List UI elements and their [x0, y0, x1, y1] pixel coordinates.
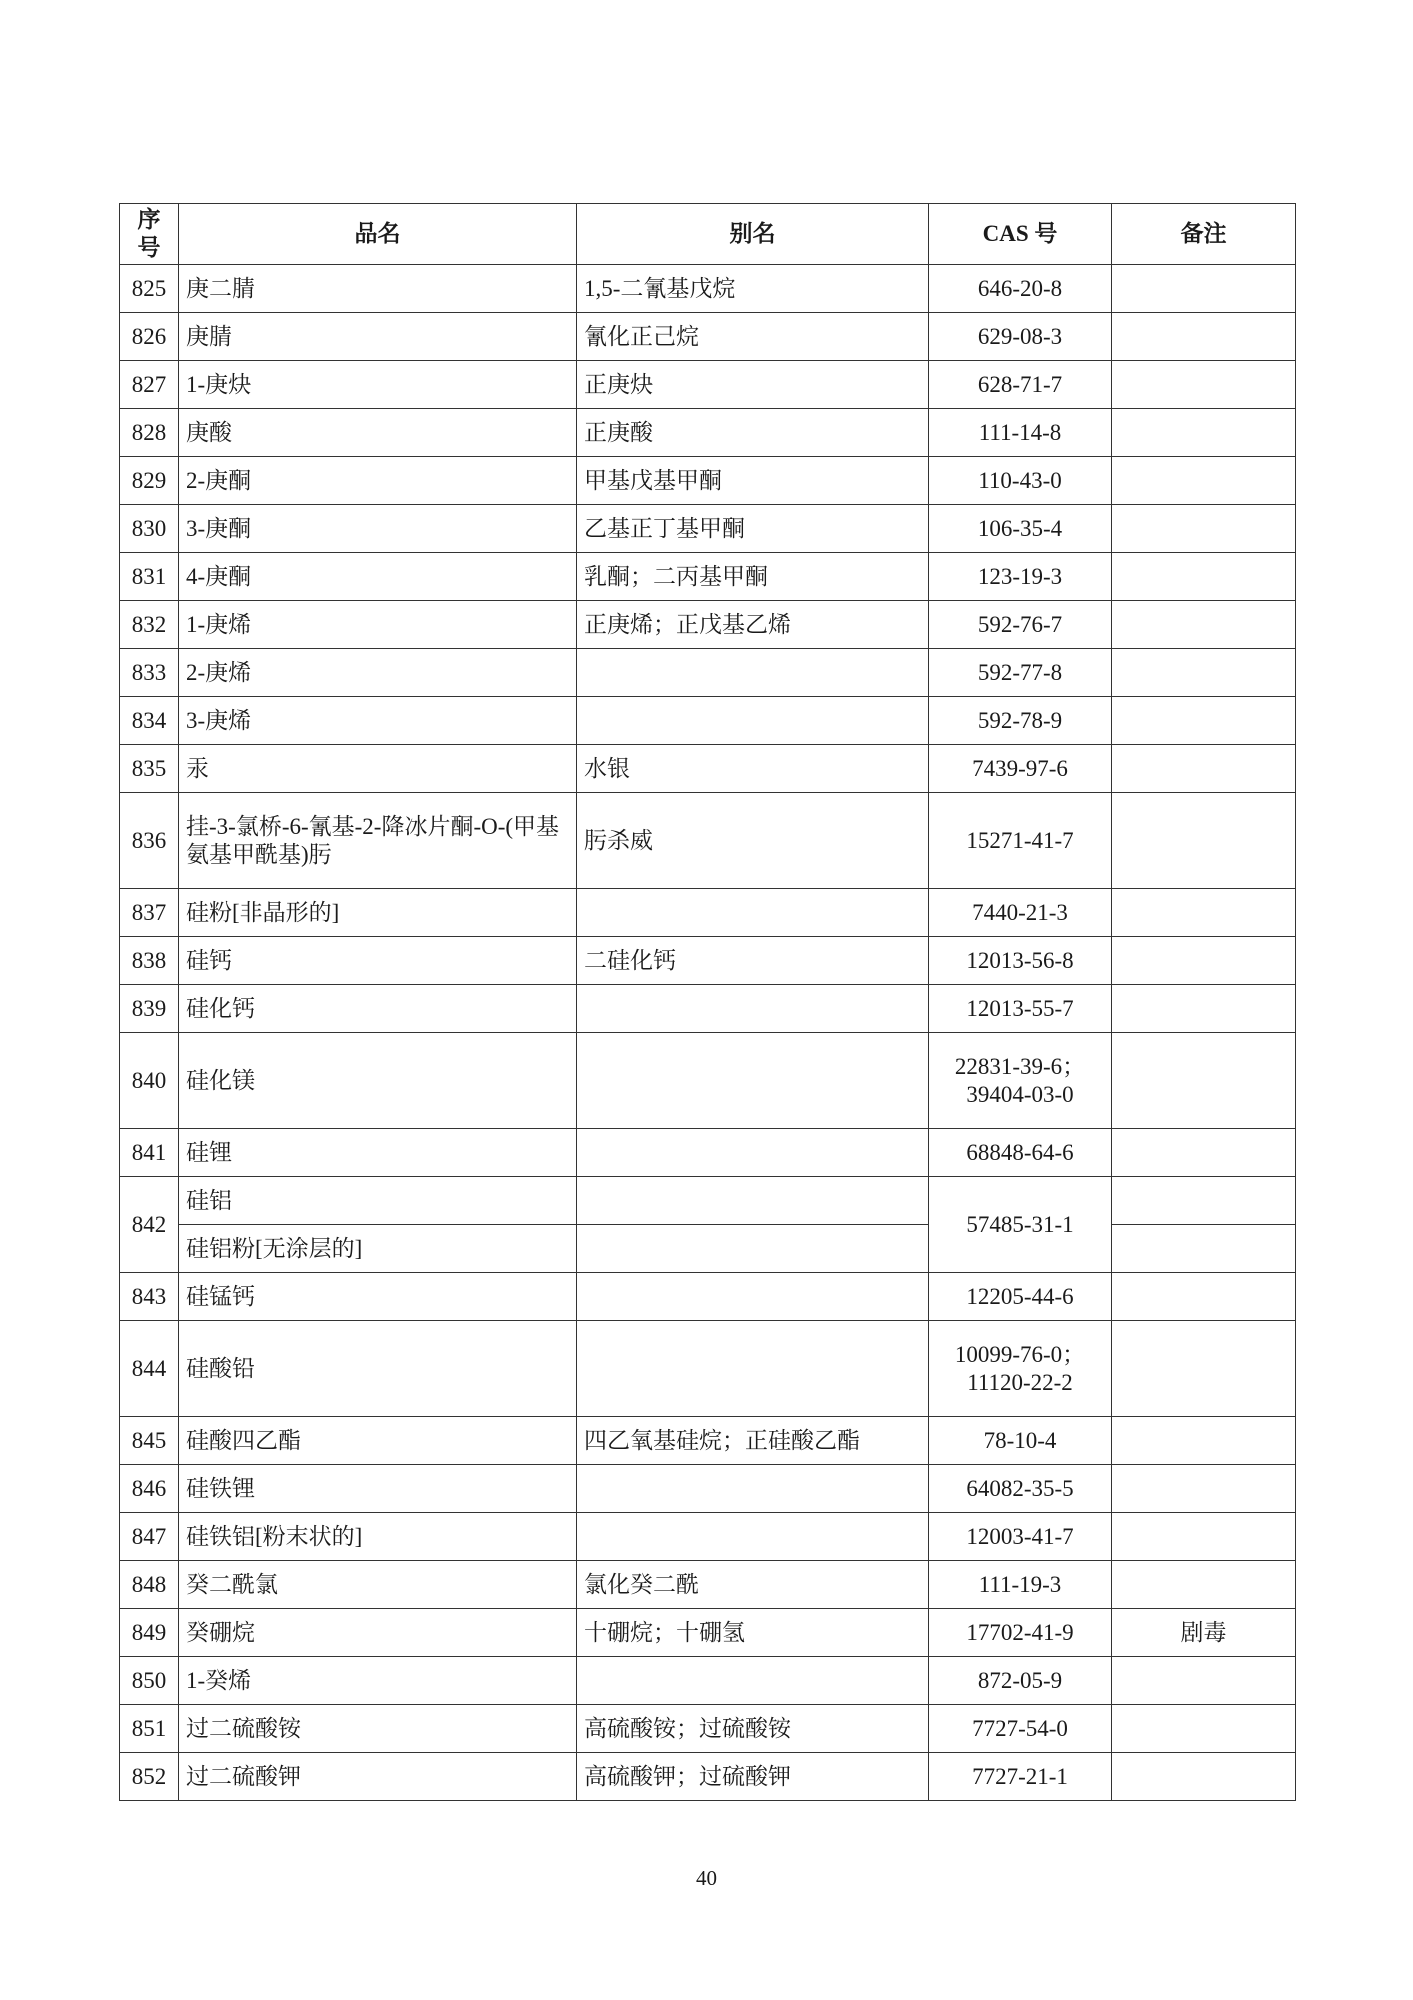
table-row: 8332-庚烯592-77-8 [120, 649, 1296, 697]
cell-no: 851 [120, 1705, 179, 1753]
cell-note [1112, 985, 1296, 1033]
table-row: 828庚酸正庚酸111-14-8 [120, 409, 1296, 457]
cell-name: 硅锰钙 [179, 1273, 577, 1321]
cell-alias: 正庚烯；正戊基乙烯 [577, 601, 929, 649]
cell-note [1112, 1753, 1296, 1801]
cell-note [1112, 1033, 1296, 1129]
cell-no: 843 [120, 1273, 179, 1321]
cell-no: 838 [120, 937, 179, 985]
cell-no: 841 [120, 1129, 179, 1177]
cell-note [1112, 1129, 1296, 1177]
header-no: 序号 [120, 204, 179, 265]
cell-cas: 64082-35-5 [929, 1465, 1112, 1513]
cell-name: 庚腈 [179, 313, 577, 361]
cell-alias: 四乙氧基硅烷；正硅酸乙酯 [577, 1417, 929, 1465]
cell-no: 825 [120, 265, 179, 313]
cell-cas: 10099-76-0；11120-22-2 [929, 1321, 1112, 1417]
cell-name: 硅化钙 [179, 985, 577, 1033]
cell-name: 1-癸烯 [179, 1657, 577, 1705]
cell-cas: 872-05-9 [929, 1657, 1112, 1705]
table-row: 8271-庚炔正庚炔628-71-7 [120, 361, 1296, 409]
cas-line-1: 22831-39-6； [936, 1053, 1104, 1081]
cell-name: 硅化镁 [179, 1033, 577, 1129]
cell-name: 硅铁铝[粉末状的] [179, 1513, 577, 1561]
cell-no: 827 [120, 361, 179, 409]
cell-cas: 7440-21-3 [929, 889, 1112, 937]
cell-alias [577, 1129, 929, 1177]
cell-note [1112, 649, 1296, 697]
cell-alias: 甲基戊基甲酮 [577, 457, 929, 505]
cell-cas: 57485-31-1 [929, 1177, 1112, 1273]
cell-alias: 水银 [577, 745, 929, 793]
cell-note [1112, 1657, 1296, 1705]
cell-note: 剧毒 [1112, 1609, 1296, 1657]
table-row: 846硅铁锂64082-35-5 [120, 1465, 1296, 1513]
table-row: 844硅酸铅10099-76-0；11120-22-2 [120, 1321, 1296, 1417]
cell-name: 3-庚酮 [179, 505, 577, 553]
cell-cas: 111-19-3 [929, 1561, 1112, 1609]
cell-no: 840 [120, 1033, 179, 1129]
cell-name: 挂-3-氯桥-6-氰基-2-降冰片酮-O-(甲基氨基甲酰基)肟 [179, 793, 577, 889]
document-page: 序号 品名 别名 CAS 号 备注 825庚二腈1,5-二氰基戊烷646-20-… [0, 0, 1413, 2000]
cell-cas: 110-43-0 [929, 457, 1112, 505]
table-row: 825庚二腈1,5-二氰基戊烷646-20-8 [120, 265, 1296, 313]
cell-name: 硅铁锂 [179, 1465, 577, 1513]
cell-note [1112, 1273, 1296, 1321]
table-row: 845硅酸四乙酯四乙氧基硅烷；正硅酸乙酯78-10-4 [120, 1417, 1296, 1465]
cell-alias [577, 985, 929, 1033]
cell-cas: 592-76-7 [929, 601, 1112, 649]
cell-note [1112, 313, 1296, 361]
cell-alias: 1,5-二氰基戊烷 [577, 265, 929, 313]
cell-no: 834 [120, 697, 179, 745]
cell-name: 硅酸四乙酯 [179, 1417, 577, 1465]
cell-alias [577, 889, 929, 937]
cell-alias: 高硫酸铵；过硫酸铵 [577, 1705, 929, 1753]
cell-note [1112, 1513, 1296, 1561]
cell-alias [577, 1273, 929, 1321]
table-row: 838硅钙二硅化钙12013-56-8 [120, 937, 1296, 985]
table-row: 826庚腈氰化正己烷629-08-3 [120, 313, 1296, 361]
cell-note [1112, 937, 1296, 985]
chemical-table: 序号 品名 别名 CAS 号 备注 825庚二腈1,5-二氰基戊烷646-20-… [119, 203, 1296, 1801]
cell-name: 硅酸铅 [179, 1321, 577, 1417]
cell-note [1112, 1417, 1296, 1465]
cell-cas: 123-19-3 [929, 553, 1112, 601]
table-row: 851过二硫酸铵高硫酸铵；过硫酸铵7727-54-0 [120, 1705, 1296, 1753]
header-alias: 别名 [577, 204, 929, 265]
cell-alias: 高硫酸钾；过硫酸钾 [577, 1753, 929, 1801]
cell-cas: 12205-44-6 [929, 1273, 1112, 1321]
cell-no: 845 [120, 1417, 179, 1465]
cas-line-2: 39404-03-0 [936, 1081, 1104, 1109]
cell-name: 2-庚酮 [179, 457, 577, 505]
cell-no: 848 [120, 1561, 179, 1609]
cell-no: 852 [120, 1753, 179, 1801]
cell-no: 835 [120, 745, 179, 793]
cell-alias: 二硅化钙 [577, 937, 929, 985]
cell-name: 硅钙 [179, 937, 577, 985]
cell-cas: 111-14-8 [929, 409, 1112, 457]
cell-note [1112, 1321, 1296, 1417]
cell-name: 过二硫酸铵 [179, 1705, 577, 1753]
cell-cas: 78-10-4 [929, 1417, 1112, 1465]
table-row: 842硅铝57485-31-1 [120, 1177, 1296, 1225]
cell-alias: 氰化正己烷 [577, 313, 929, 361]
cell-name: 癸二酰氯 [179, 1561, 577, 1609]
table-row: 849癸硼烷十硼烷；十硼氢17702-41-9剧毒 [120, 1609, 1296, 1657]
table-row: 8292-庚酮甲基戊基甲酮110-43-0 [120, 457, 1296, 505]
cell-cas: 7727-54-0 [929, 1705, 1112, 1753]
cell-no: 846 [120, 1465, 179, 1513]
cell-alias [577, 1513, 929, 1561]
cas-line-1: 10099-76-0； [936, 1341, 1104, 1369]
cell-cas: 592-77-8 [929, 649, 1112, 697]
cell-name: 硅粉[非晶形的] [179, 889, 577, 937]
cell-no: 829 [120, 457, 179, 505]
cell-no: 839 [120, 985, 179, 1033]
cell-alias [577, 1321, 929, 1417]
cell-no: 844 [120, 1321, 179, 1417]
cell-note [1112, 361, 1296, 409]
cell-name: 庚酸 [179, 409, 577, 457]
cell-alias: 正庚酸 [577, 409, 929, 457]
cell-no: 832 [120, 601, 179, 649]
cell-cas: 12003-41-7 [929, 1513, 1112, 1561]
cell-name: 4-庚酮 [179, 553, 577, 601]
cell-alias [577, 1225, 929, 1273]
cell-cas: 12013-55-7 [929, 985, 1112, 1033]
cell-no: 842 [120, 1177, 179, 1273]
cell-alias: 乙基正丁基甲酮 [577, 505, 929, 553]
table-header-row: 序号 品名 别名 CAS 号 备注 [120, 204, 1296, 265]
cell-name: 庚二腈 [179, 265, 577, 313]
cell-name: 1-庚炔 [179, 361, 577, 409]
table-row: 841硅锂68848-64-6 [120, 1129, 1296, 1177]
cell-note [1112, 409, 1296, 457]
cell-note [1112, 697, 1296, 745]
cell-name: 过二硫酸钾 [179, 1753, 577, 1801]
cell-note [1112, 1177, 1296, 1225]
cell-cas: 7727-21-1 [929, 1753, 1112, 1801]
cell-name: 2-庚烯 [179, 649, 577, 697]
cas-line-2: 11120-22-2 [936, 1369, 1104, 1397]
table-row: 8343-庚烯592-78-9 [120, 697, 1296, 745]
header-name: 品名 [179, 204, 577, 265]
header-cas: CAS 号 [929, 204, 1112, 265]
cell-name: 硅锂 [179, 1129, 577, 1177]
cell-no: 828 [120, 409, 179, 457]
cell-note [1112, 793, 1296, 889]
cell-no: 836 [120, 793, 179, 889]
cell-no: 849 [120, 1609, 179, 1657]
cell-name: 硅铝 [179, 1177, 577, 1225]
cell-note [1112, 505, 1296, 553]
cell-cas: 68848-64-6 [929, 1129, 1112, 1177]
table-row: 835汞水银7439-97-6 [120, 745, 1296, 793]
table-row: 8501-癸烯872-05-9 [120, 1657, 1296, 1705]
cell-note [1112, 601, 1296, 649]
table-row: 8321-庚烯正庚烯；正戊基乙烯592-76-7 [120, 601, 1296, 649]
cell-note [1112, 457, 1296, 505]
cell-alias [577, 649, 929, 697]
cell-cas: 15271-41-7 [929, 793, 1112, 889]
cell-cas: 17702-41-9 [929, 1609, 1112, 1657]
cell-alias [577, 1465, 929, 1513]
cell-cas: 646-20-8 [929, 265, 1112, 313]
cell-no: 833 [120, 649, 179, 697]
cell-no: 837 [120, 889, 179, 937]
cell-alias [577, 697, 929, 745]
cell-name: 硅铝粉[无涂层的] [179, 1225, 577, 1273]
table-row: 8314-庚酮乳酮；二丙基甲酮123-19-3 [120, 553, 1296, 601]
cell-alias: 十硼烷；十硼氢 [577, 1609, 929, 1657]
cell-cas: 12013-56-8 [929, 937, 1112, 985]
table-row: 839硅化钙12013-55-7 [120, 985, 1296, 1033]
page-number: 40 [0, 1866, 1413, 1891]
table-row: 836挂-3-氯桥-6-氰基-2-降冰片酮-O-(甲基氨基甲酰基)肟肟杀威152… [120, 793, 1296, 889]
cell-name: 1-庚烯 [179, 601, 577, 649]
cell-alias [577, 1033, 929, 1129]
cell-alias: 氯化癸二酰 [577, 1561, 929, 1609]
table-row: 843硅锰钙12205-44-6 [120, 1273, 1296, 1321]
table-row: 8303-庚酮乙基正丁基甲酮106-35-4 [120, 505, 1296, 553]
table-row: 837硅粉[非晶形的]7440-21-3 [120, 889, 1296, 937]
cell-no: 847 [120, 1513, 179, 1561]
cell-note [1112, 889, 1296, 937]
cell-note [1112, 553, 1296, 601]
cell-cas: 629-08-3 [929, 313, 1112, 361]
cell-alias: 肟杀威 [577, 793, 929, 889]
table-row: 848癸二酰氯氯化癸二酰111-19-3 [120, 1561, 1296, 1609]
cell-name: 汞 [179, 745, 577, 793]
cell-name: 3-庚烯 [179, 697, 577, 745]
table-row: 硅铝粉[无涂层的] [120, 1225, 1296, 1273]
cell-no: 831 [120, 553, 179, 601]
cell-alias: 乳酮；二丙基甲酮 [577, 553, 929, 601]
cell-note [1112, 745, 1296, 793]
cell-cas: 106-35-4 [929, 505, 1112, 553]
table-row: 840硅化镁22831-39-6；39404-03-0 [120, 1033, 1296, 1129]
cell-no: 850 [120, 1657, 179, 1705]
cell-alias [577, 1657, 929, 1705]
cell-alias: 正庚炔 [577, 361, 929, 409]
cell-cas: 22831-39-6；39404-03-0 [929, 1033, 1112, 1129]
cell-note [1112, 1561, 1296, 1609]
cell-alias [577, 1177, 929, 1225]
cell-note [1112, 1225, 1296, 1273]
cell-no: 830 [120, 505, 179, 553]
table-row: 852过二硫酸钾高硫酸钾；过硫酸钾7727-21-1 [120, 1753, 1296, 1801]
cell-cas: 592-78-9 [929, 697, 1112, 745]
cell-note [1112, 265, 1296, 313]
cell-note [1112, 1705, 1296, 1753]
table-row: 847硅铁铝[粉末状的]12003-41-7 [120, 1513, 1296, 1561]
header-note: 备注 [1112, 204, 1296, 265]
cell-cas: 7439-97-6 [929, 745, 1112, 793]
cell-cas: 628-71-7 [929, 361, 1112, 409]
cell-note [1112, 1465, 1296, 1513]
cell-name: 癸硼烷 [179, 1609, 577, 1657]
cell-no: 826 [120, 313, 179, 361]
